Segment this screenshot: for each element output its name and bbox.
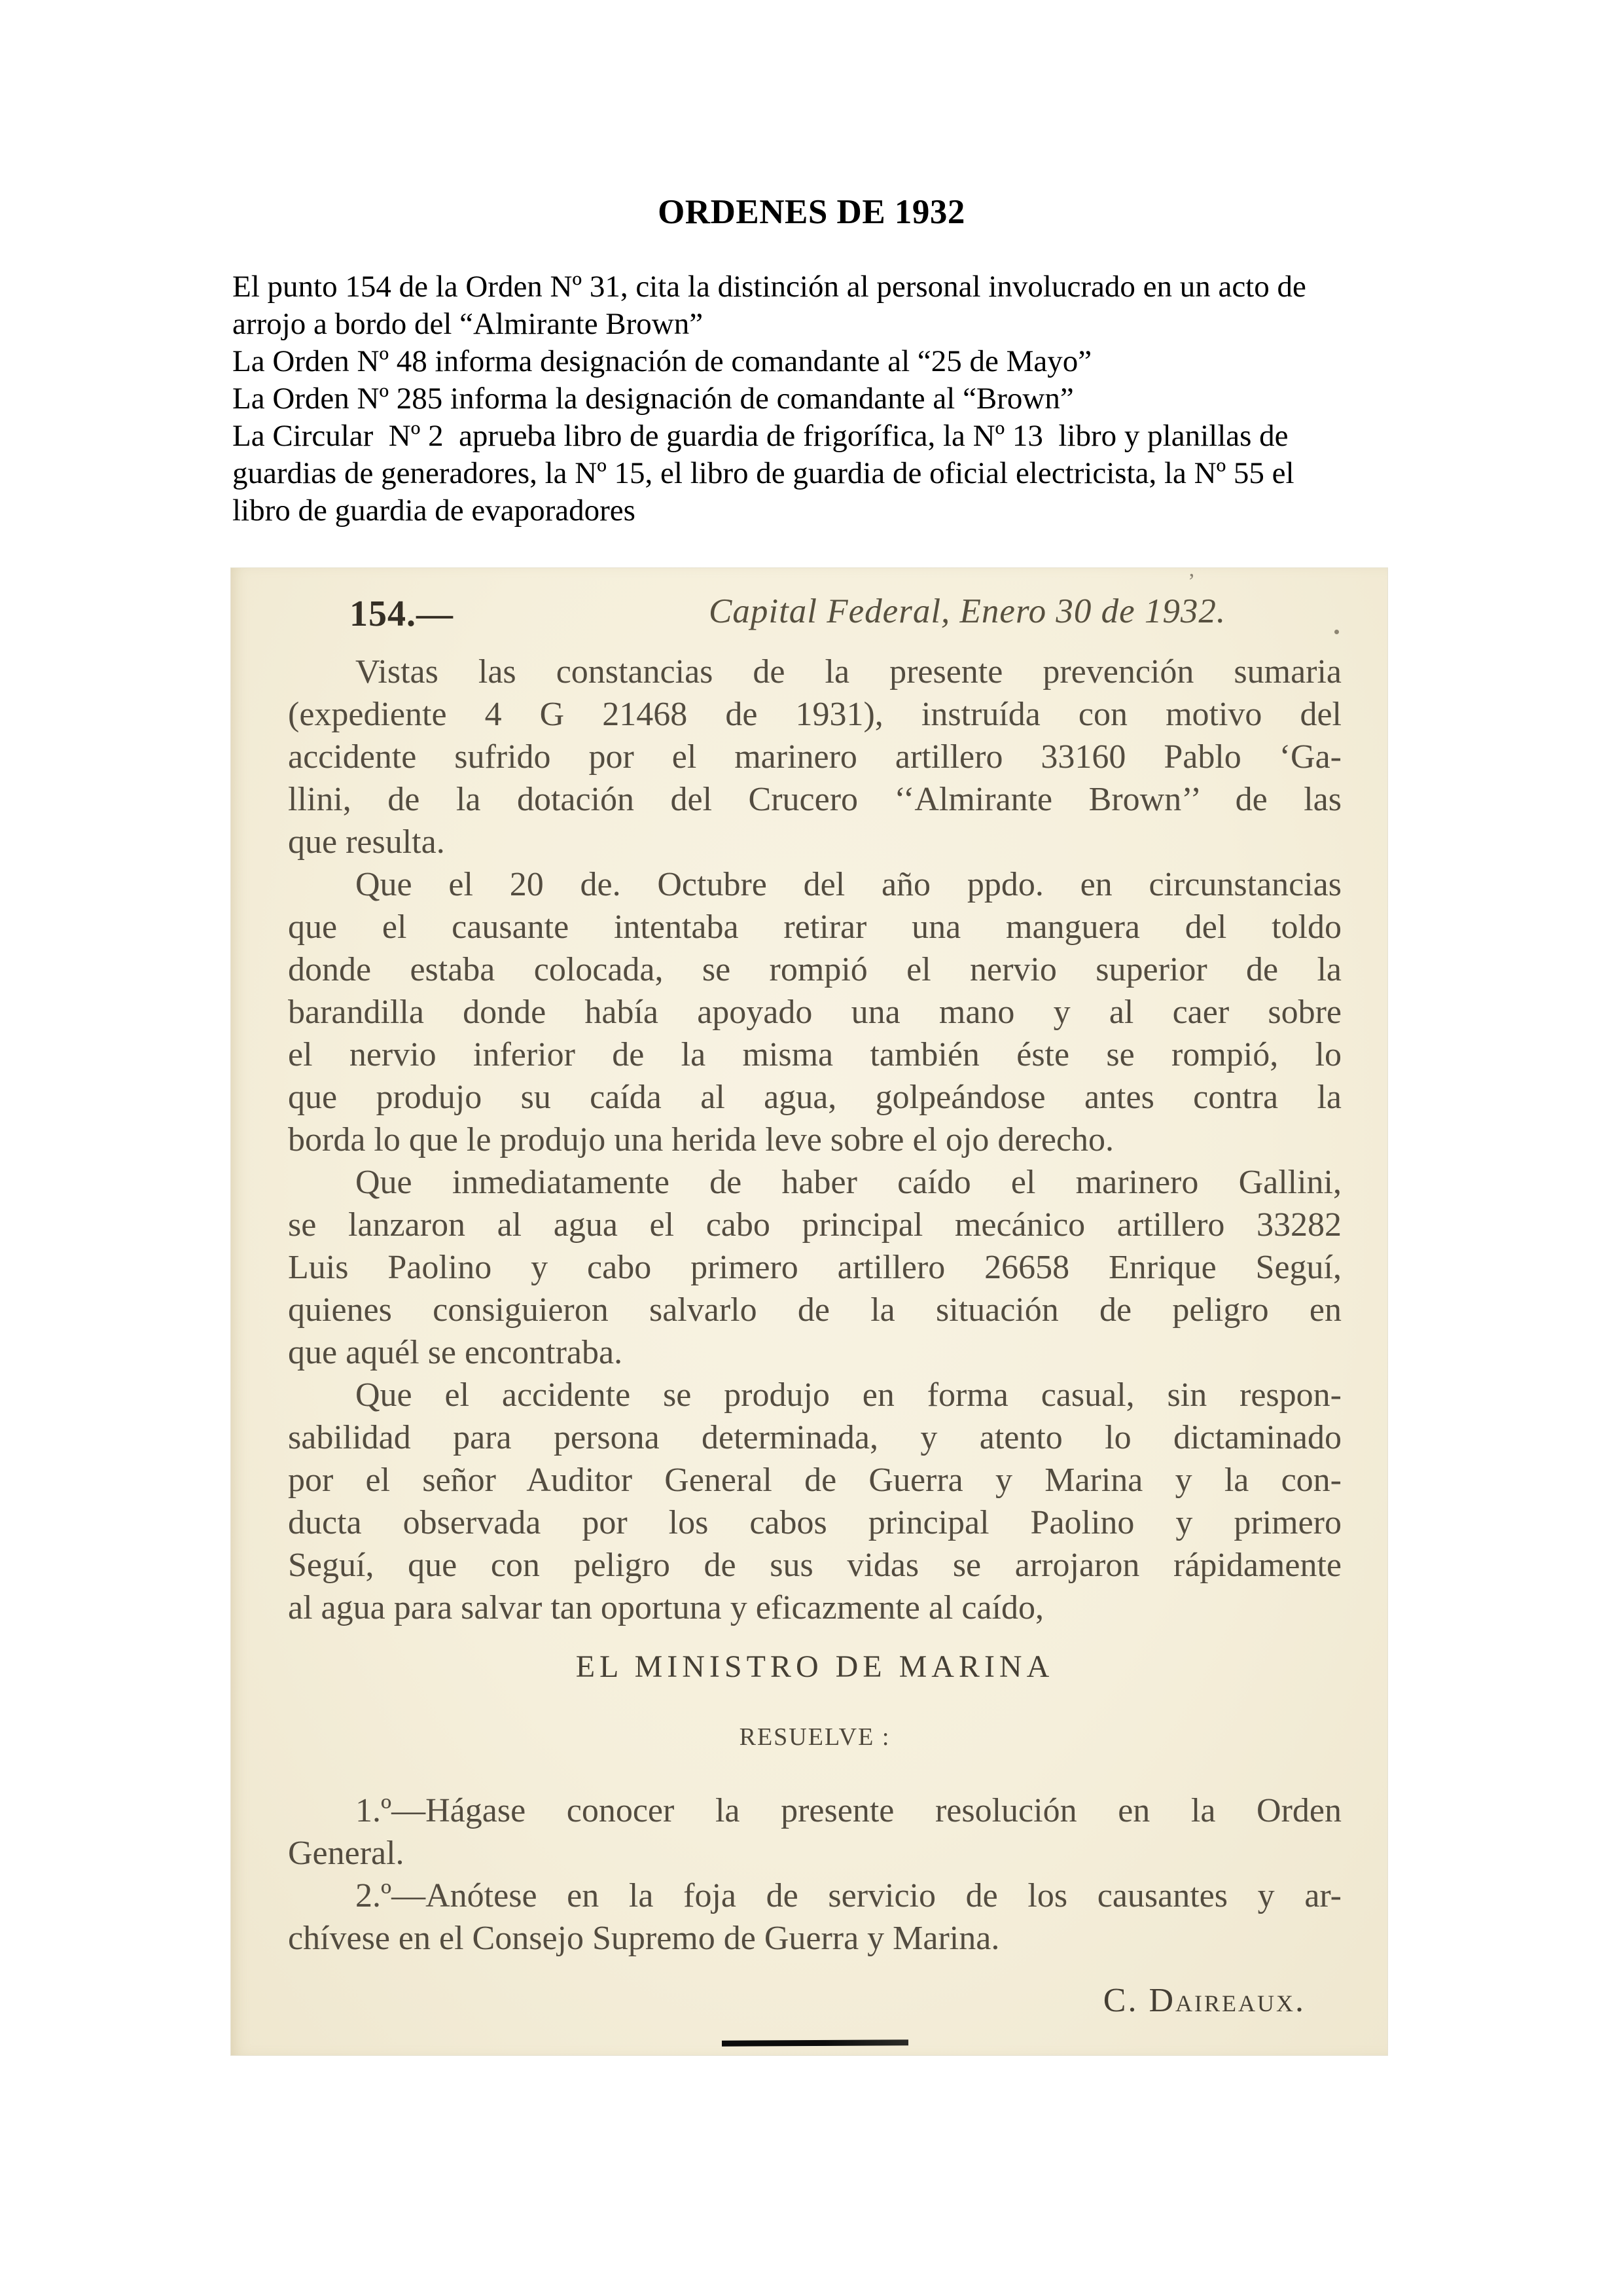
stray-ink-mark: ’ bbox=[1188, 569, 1195, 594]
scan-line: (expediente 4 G 21468 de 1931), instruíd… bbox=[288, 693, 1342, 736]
scan-line: que resulta. bbox=[288, 821, 1342, 863]
order-number: 154.— bbox=[349, 593, 454, 635]
scan-line: Luis Paolino y cabo primero artillero 26… bbox=[288, 1246, 1342, 1289]
scan-paragraph: Vistas las constancias de la presente pr… bbox=[288, 651, 1342, 863]
scan-line: por el señor Auditor General de Guerra y… bbox=[288, 1459, 1342, 1501]
scan-line: llini, de la dotación del Crucero ‘‘Almi… bbox=[288, 778, 1342, 821]
scan-line: quienes consiguieron salvarlo de la situ… bbox=[288, 1289, 1342, 1331]
scan-line: el nervio inferior de la misma también é… bbox=[288, 1033, 1342, 1076]
scan-line: Que el accidente se produjo en forma cas… bbox=[288, 1374, 1342, 1416]
scan-line: Seguí, que con peligro de sus vidas se a… bbox=[288, 1544, 1342, 1587]
scan-line: chívese en el Consejo Supremo de Guerra … bbox=[288, 1917, 1342, 1960]
bottom-rule bbox=[721, 2039, 908, 2046]
resolution-paragraph: 1.º—Hágase conocer la presente resolució… bbox=[288, 1789, 1342, 1874]
scan-line: accidente sufrido por el marinero artill… bbox=[288, 736, 1342, 778]
scan-line: que produjo su caída al agua, golpeándos… bbox=[288, 1076, 1342, 1119]
intro-line: La Orden Nº 285 informa la designación d… bbox=[232, 380, 1306, 418]
intro-text: El punto 154 de la Orden Nº 31, cita la … bbox=[232, 268, 1306, 529]
intro-line: libro de guardia de evaporadores bbox=[232, 492, 1306, 529]
resolve-heading: RESUELVE : bbox=[288, 1721, 1342, 1753]
scan-line: barandilla donde había apoyado una mano … bbox=[288, 991, 1342, 1033]
intro-line: guardias de generadores, la Nº 15, el li… bbox=[232, 455, 1306, 492]
scan-header: 154.— Capital Federal, Enero 30 de 1932.… bbox=[231, 568, 1387, 651]
intro-line: arrojo a bordo del “Almirante Brown” bbox=[232, 306, 1306, 343]
scan-line: borda lo que le produjo una herida leve … bbox=[288, 1119, 1342, 1161]
scan-line: se lanzaron al agua el cabo principal me… bbox=[288, 1204, 1342, 1246]
scan-line: que aquél se encontraba. bbox=[288, 1331, 1342, 1374]
scanned-document-image: 154.— Capital Federal, Enero 30 de 1932.… bbox=[231, 568, 1387, 2055]
stray-ink-dot bbox=[1334, 630, 1339, 634]
scan-paragraph: Que inmediatamente de haber caído el mar… bbox=[288, 1161, 1342, 1374]
dateline: Capital Federal, Enero 30 de 1932. bbox=[709, 592, 1226, 631]
ministry-heading: EL MINISTRO DE MARINA bbox=[288, 1645, 1342, 1688]
scan-line: sabilidad para persona determinada, y at… bbox=[288, 1416, 1342, 1459]
page-title: ORDENES DE 1932 bbox=[0, 192, 1623, 232]
intro-line: El punto 154 de la Orden Nº 31, cita la … bbox=[232, 268, 1306, 306]
scan-line: 2.º—Anótese en la foja de servicio de lo… bbox=[288, 1874, 1342, 1917]
scan-line: Que inmediatamente de haber caído el mar… bbox=[288, 1161, 1342, 1204]
scan-line: General. bbox=[288, 1832, 1342, 1874]
signature: C. Daireaux. bbox=[288, 1979, 1342, 2022]
scan-body: Vistas las constancias de la presente pr… bbox=[288, 651, 1342, 2046]
scan-line: Que el 20 de. Octubre del año ppdo. en c… bbox=[288, 863, 1342, 906]
resolution-paragraph: 2.º—Anótese en la foja de servicio de lo… bbox=[288, 1874, 1342, 1960]
scan-line: 1.º—Hágase conocer la presente resolució… bbox=[288, 1789, 1342, 1832]
scan-line: al agua para salvar tan oportuna y efica… bbox=[288, 1587, 1342, 1629]
scan-line: que el causante intentaba retirar una ma… bbox=[288, 906, 1342, 948]
scan-line: ducta observada por los cabos principal … bbox=[288, 1501, 1342, 1544]
scan-line: Vistas las constancias de la presente pr… bbox=[288, 651, 1342, 693]
scan-paragraph: Que el accidente se produjo en forma cas… bbox=[288, 1374, 1342, 1629]
document-page: ORDENES DE 1932 El punto 154 de la Orden… bbox=[0, 0, 1623, 2296]
scan-line: donde estaba colocada, se rompió el nerv… bbox=[288, 948, 1342, 991]
intro-line: La Orden Nº 48 informa designación de co… bbox=[232, 343, 1306, 380]
scan-paragraph: Que el 20 de. Octubre del año ppdo. en c… bbox=[288, 863, 1342, 1161]
intro-line: La Circular Nº 2 aprueba libro de guardi… bbox=[232, 418, 1306, 455]
